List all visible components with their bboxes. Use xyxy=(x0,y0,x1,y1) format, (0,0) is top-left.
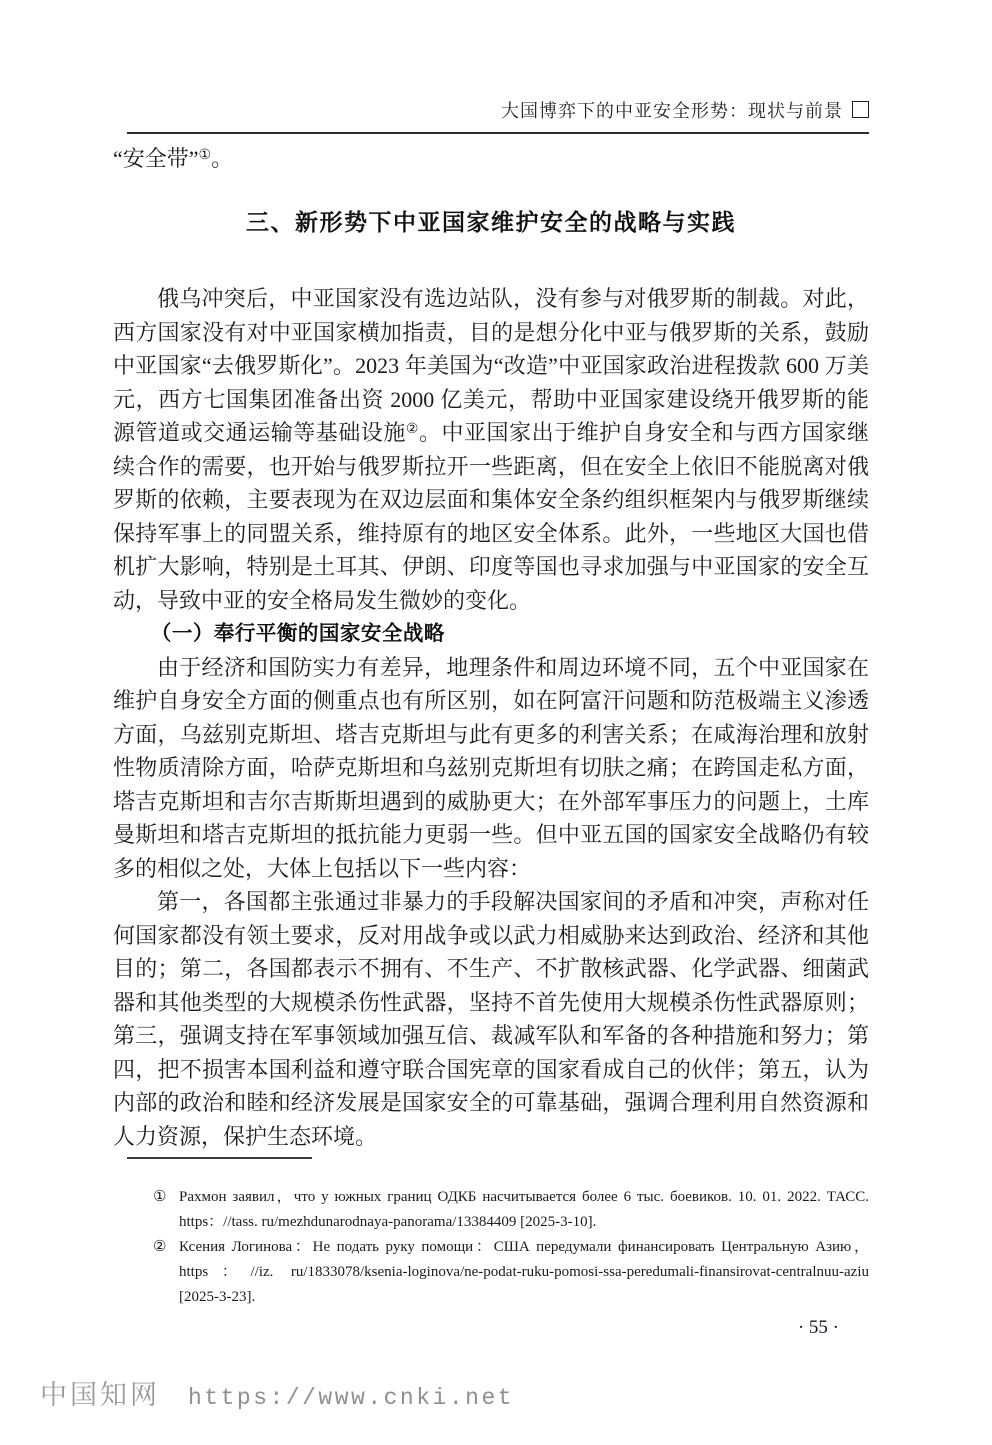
footnote-2-marker: ② xyxy=(153,1235,166,1260)
footnote-1-marker: ① xyxy=(153,1185,166,1210)
page-content: 大国博弈下的中亚安全形势：现状与前景 “安全带”①。 三、新形势下中亚国家维护安… xyxy=(0,0,992,1340)
cnki-brand-text: 中国知网 xyxy=(40,1380,160,1410)
paragraph-1-text-b: 。中亚国家出于维护自身安全和与西方国家继续合作的需要，也开始与俄罗斯拉开一些距离… xyxy=(113,420,869,613)
paragraph-1: 俄乌冲突后，中亚国家没有选边站队，没有参与对俄罗斯的制裁。对此，西方国家没有对中… xyxy=(113,282,869,617)
paragraph-2: 由于经济和国防实力有差异，地理条件和周边环境不同，五个中亚国家在维护自身安全方面… xyxy=(113,651,869,886)
page-header: 大国博弈下的中亚安全形势：现状与前景 xyxy=(113,100,869,134)
page-number: · 55 · xyxy=(113,1316,869,1340)
footnote-1: ①Рахмон заявил，что у южных границ ОДКБ н… xyxy=(153,1185,869,1235)
paragraph-3: 第一，各国都主张通过非暴力的手段解决国家间的矛盾和冲突，声称对任何国家都没有领土… xyxy=(113,885,869,1153)
running-head-title: 大国博弈下的中亚安全形势：现状与前景 xyxy=(501,101,843,121)
cnki-url-text: https://www.cnki.net xyxy=(188,1385,514,1411)
page-footer: ①Рахмон заявил，что у южных границ ОДКБ н… xyxy=(113,1157,869,1340)
section-title: 三、新形势下中亚国家维护安全的战略与实践 xyxy=(113,206,869,238)
running-head: 大国博弈下的中亚安全形势：现状与前景 xyxy=(113,100,869,122)
article-body: “安全带”①。 三、新形势下中亚国家维护安全的战略与实践 俄乌冲突后，中亚国家没… xyxy=(113,142,869,1153)
footnote-2: ②Ксения Логинова：Не подать руку помощи：С… xyxy=(153,1235,869,1310)
header-rule xyxy=(127,132,869,134)
footnote-separator-rule xyxy=(127,1157,312,1159)
carryover-line: “安全带”①。 xyxy=(113,142,869,176)
subsection-title: （一）奉行平衡的国家安全战略 xyxy=(113,617,869,651)
carryover-tail: 。 xyxy=(211,146,233,171)
journal-page: 大国博弈下的中亚安全形势：现状与前景 “安全带”①。 三、新形势下中亚国家维护安… xyxy=(0,0,992,1445)
cnki-watermark: 中国知网https://www.cnki.net xyxy=(40,1373,514,1412)
footnote-1-text: Рахмон заявил，что у южных границ ОДКБ на… xyxy=(179,1189,869,1230)
carryover-text: “安全带” xyxy=(113,146,199,171)
footnote-list: ①Рахмон заявил，что у южных границ ОДКБ н… xyxy=(153,1185,869,1310)
footnote-ref-2: ② xyxy=(406,422,419,437)
square-marker-icon xyxy=(852,101,869,118)
footnote-2-text: Ксения Логинова：Не подать руку помощи：СШ… xyxy=(179,1239,869,1305)
footnote-ref-1: ① xyxy=(199,148,212,163)
